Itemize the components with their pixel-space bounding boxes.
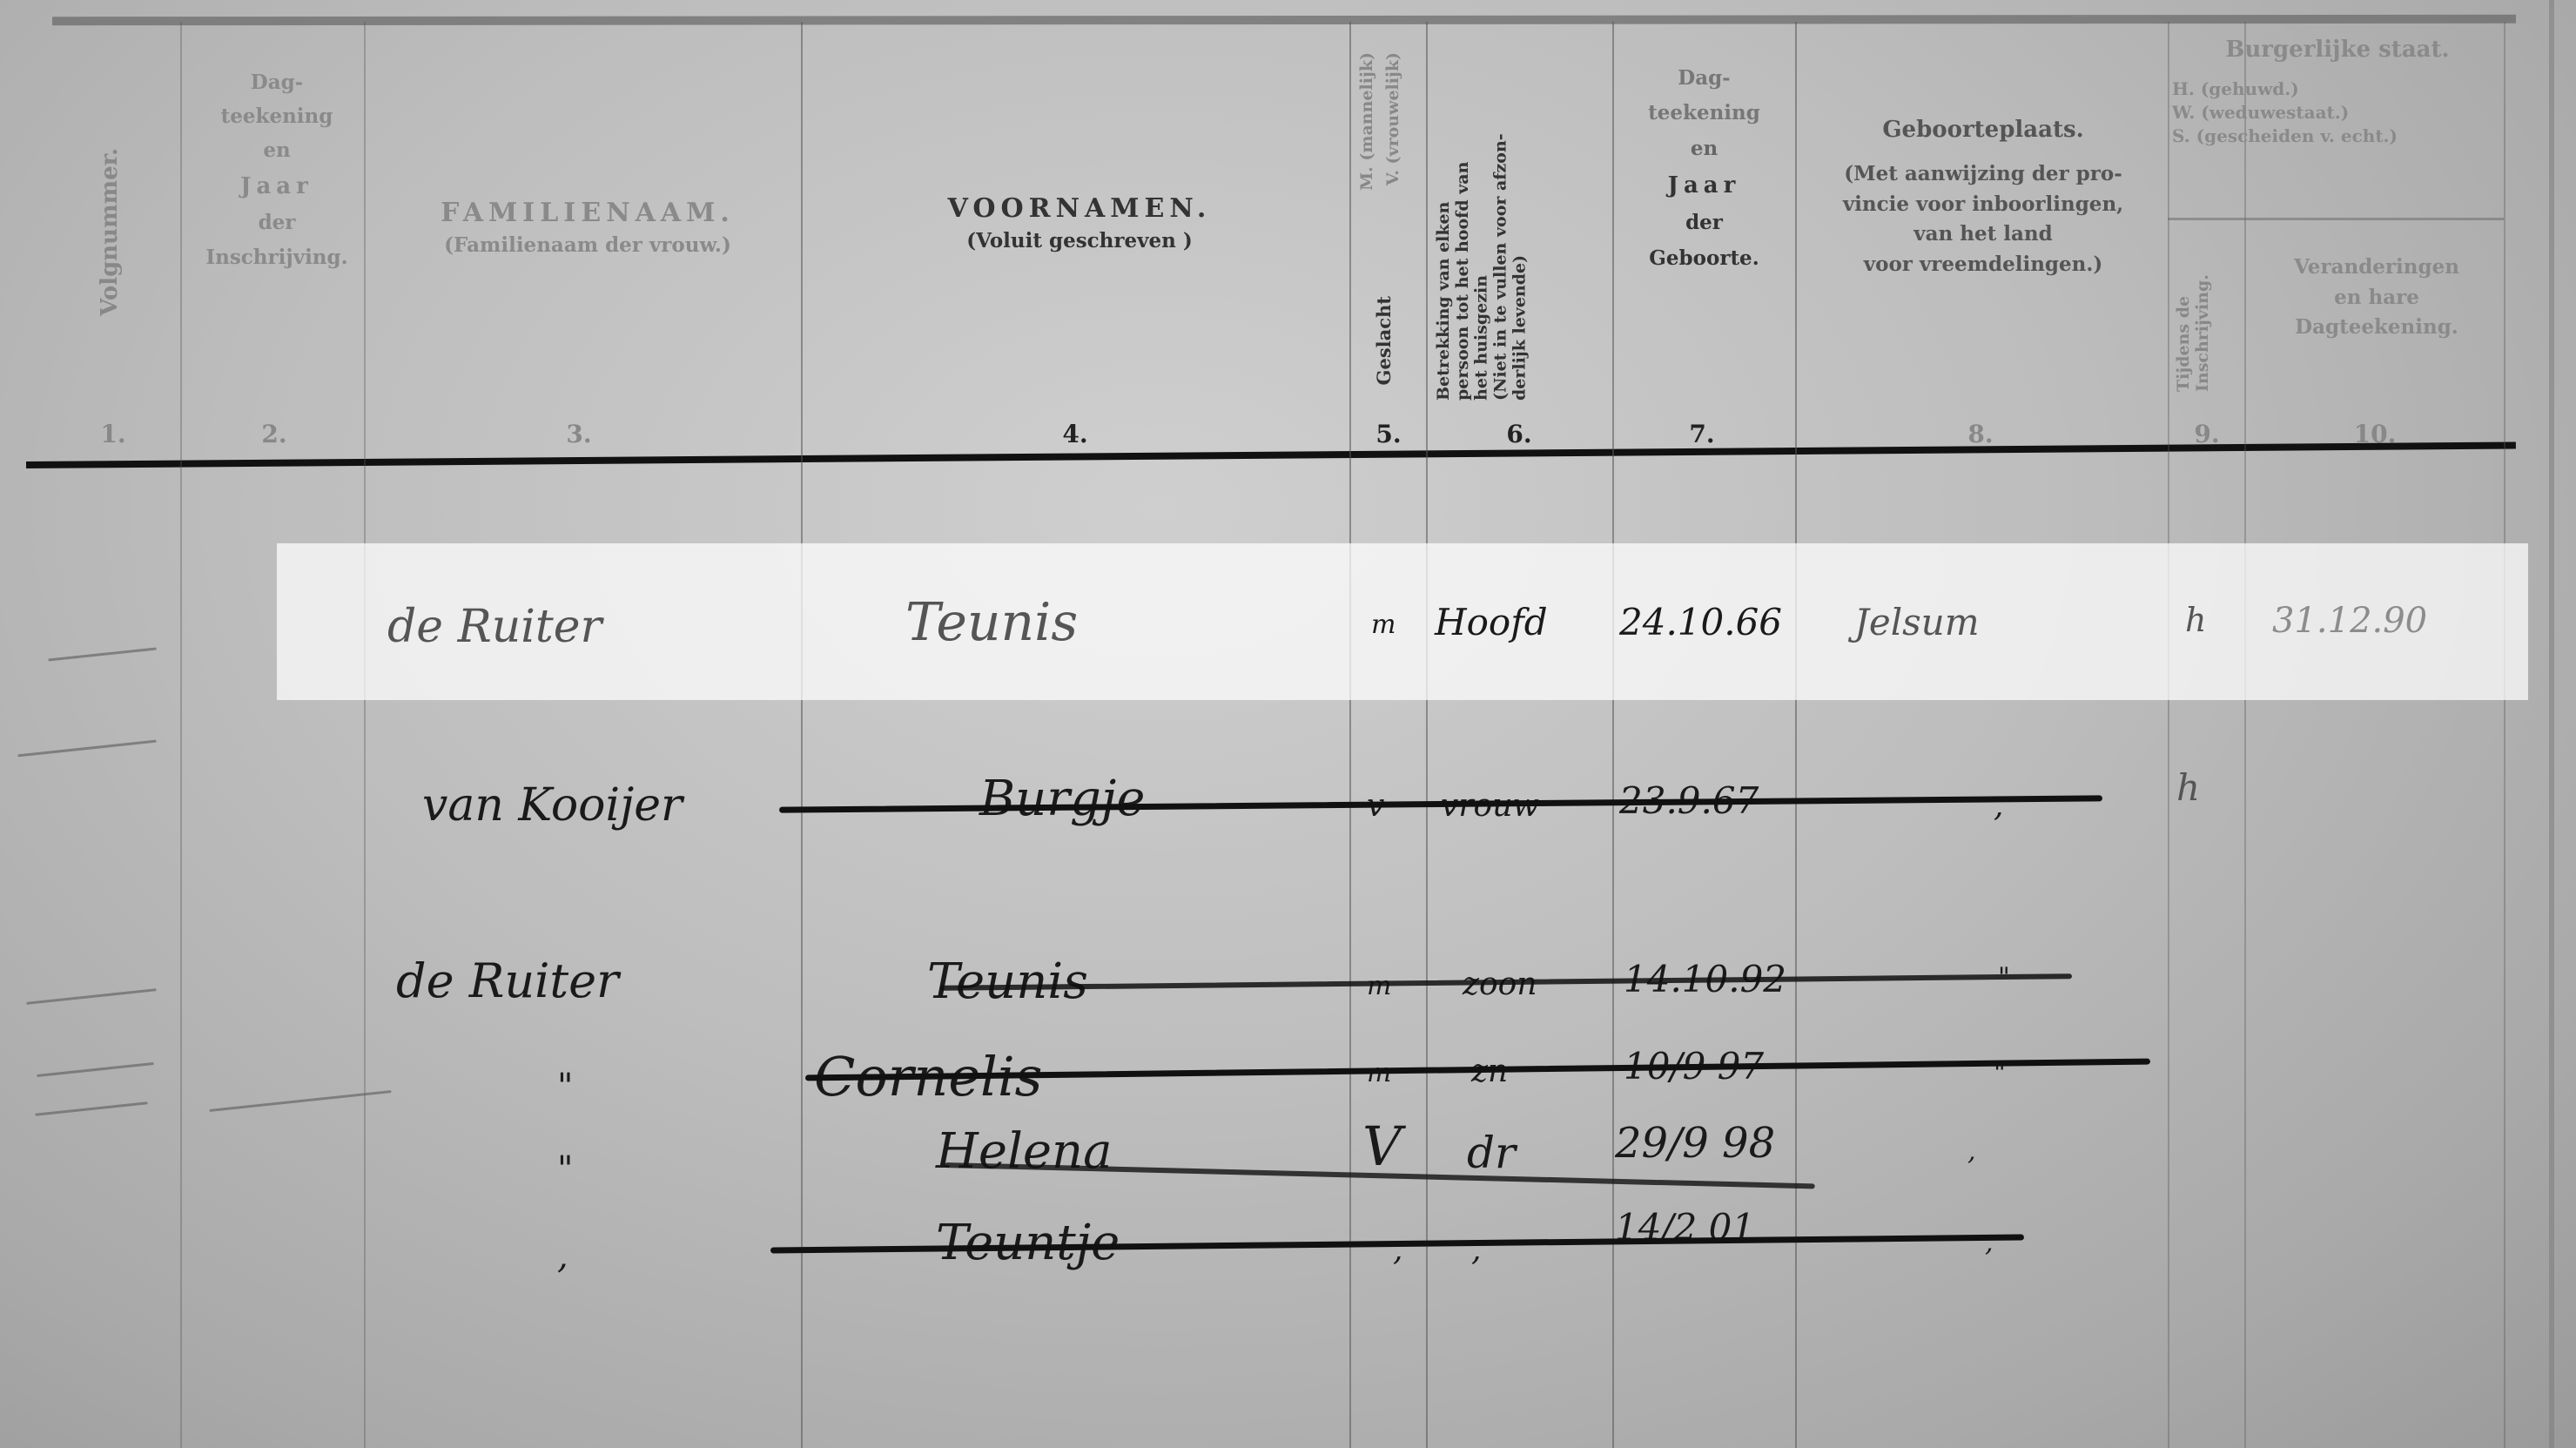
header-text: voor vreemdelingen.) <box>1800 250 2166 280</box>
header-col3-number: 3. <box>544 420 614 448</box>
cell-familienaam: , <box>557 1236 568 1276</box>
cell-staat: h <box>2176 766 2200 809</box>
cell-staat: h <box>2185 601 2206 639</box>
cell-geboorte: 24.10.66 <box>1619 601 1782 643</box>
margin-tick <box>17 740 156 758</box>
header-text: (Niet in te vullen voor afzon- <box>1491 133 1510 401</box>
header-col6: Betrekking van elken persoon tot het hoo… <box>1435 35 1530 401</box>
header-bottom-rule <box>26 442 2516 468</box>
column-divider <box>1612 22 1614 1448</box>
header-text: persoon tot het hoofd van <box>1453 162 1472 401</box>
cell-familienaam: van Kooijer <box>422 779 683 832</box>
burgerlijke-staat-subrule <box>2168 218 2504 220</box>
cell-veranderingen: 31.12.90 <box>2272 601 2427 641</box>
header-col7-number: 7. <box>1667 420 1737 448</box>
header-col1-label: Volgnummer. <box>98 148 124 316</box>
column-divider <box>1795 22 1797 1448</box>
header-col7: Dag- teekening en Jaar der Geboorte. <box>1615 61 1793 276</box>
register-page: Volgnummer. 1. Dag- teekening en Jaar de… <box>0 0 2576 1448</box>
cell-betrekking: , <box>1471 1232 1481 1268</box>
header-text: het huisgezin <box>1472 275 1491 401</box>
header-col6-number: 6. <box>1484 420 1554 448</box>
header-text: Jaar <box>190 167 364 205</box>
column-divider <box>2504 22 2505 1448</box>
cell-voornamen: Helena <box>936 1123 1112 1180</box>
cell-geslacht: V <box>1362 1115 1402 1178</box>
header-col4: VOORNAMEN. (Voluit geschreven ) <box>810 192 1349 254</box>
header-text: en hare <box>2250 283 2503 313</box>
header-col10-number: 10. <box>2340 420 2410 448</box>
header-title: Geboorteplaats. <box>1800 113 2166 147</box>
header-col10: Veranderingen en hare Dagteekening. <box>2250 253 2503 343</box>
cell-familienaam: " <box>557 1067 573 1107</box>
cell-geboorteplaats: , <box>1985 1228 1994 1258</box>
header-text: Dagteekening. <box>2250 313 2503 343</box>
cell-geboorteplaats: , <box>1967 1136 1976 1167</box>
header-text: derlijk levende) <box>1510 255 1529 401</box>
cell-voornamen: Burgje <box>979 771 1145 827</box>
header-text: teekening <box>1615 96 1793 131</box>
header-col5-v: V. (vrouwelijk) <box>1384 52 1403 185</box>
header-legend-item: S. (gescheiden v. echt.) <box>2172 125 2503 148</box>
header-col5-label: Geslacht <box>1374 296 1395 385</box>
header-text: Dag- <box>190 65 364 99</box>
header-col3: FAMILIENAAM. (Familienaam der vrouw.) <box>374 196 801 259</box>
column-divider <box>180 22 182 1448</box>
cell-familienaam: " <box>557 1149 573 1189</box>
column-divider <box>2168 22 2169 1448</box>
header-title: Burgerlijke staat. <box>2172 35 2503 65</box>
cell-geslacht: , <box>1393 1232 1402 1268</box>
header-text: van het land <box>1800 219 2166 250</box>
page-edge <box>2549 0 2554 1448</box>
cell-voornamen: Teunis <box>927 953 1088 1010</box>
header-text: Veranderingen <box>2250 253 2503 283</box>
column-divider <box>364 22 366 1448</box>
column-divider <box>1349 22 1351 1448</box>
margin-tick <box>37 1062 154 1077</box>
header-col9-number: 9. <box>2172 420 2242 448</box>
header-col8-number: 8. <box>1946 420 2015 448</box>
header-col9-label: Tijdens de Inschrijving. <box>2175 235 2236 392</box>
header-col1-number: 1. <box>78 420 148 448</box>
margin-tick <box>35 1101 148 1116</box>
margin-tick <box>48 647 157 661</box>
header-text: teekening <box>190 99 364 133</box>
cell-betrekking: dr <box>1467 1128 1516 1178</box>
cell-familienaam: de Ruiter <box>387 601 602 653</box>
header-col2-number: 2. <box>239 420 309 448</box>
header-text: vincie voor inboorlingen, <box>1800 190 2166 220</box>
header-col5-number: 5. <box>1354 420 1423 448</box>
cell-geslacht: m <box>1371 610 1396 640</box>
header-subtitle: (Familienaam der vrouw.) <box>374 232 801 259</box>
header-text: der <box>190 205 364 239</box>
header-col2: Dag- teekening en Jaar der Inschrijving. <box>190 65 364 274</box>
header-legend-item: H. (gehuwd.) <box>2172 77 2503 101</box>
header-title: FAMILIENAAM. <box>374 196 801 232</box>
column-divider <box>2244 22 2246 1448</box>
cell-betrekking: Hoofd <box>1435 601 1548 643</box>
header-text: Dag- <box>1615 61 1793 96</box>
cell-geboorteplaats: Jelsum <box>1854 601 1980 643</box>
cell-geboorte: 29/9 98 <box>1615 1119 1775 1168</box>
margin-tick <box>26 988 156 1005</box>
cell-familienaam: de Ruiter <box>396 953 619 1008</box>
header-col5-m: M. (mannelijk) <box>1358 52 1377 191</box>
header-text: Geboorte. <box>1615 241 1793 276</box>
header-text: Betrekking van elken <box>1434 202 1453 401</box>
header-col8: Geboorteplaats. (Met aanwijzing der pro-… <box>1800 113 2166 279</box>
cell-voornamen: Teunis <box>905 592 1078 653</box>
header-title: VOORNAMEN. <box>810 192 1349 227</box>
header-text: der <box>1615 205 1793 240</box>
header-text: Jaar <box>1615 166 1793 206</box>
column-divider <box>801 22 803 1448</box>
header-subtitle: (Voluit geschreven ) <box>810 227 1349 254</box>
cell-geboorteplaats: , <box>1994 788 2003 824</box>
header-text: Inschrijving. <box>190 240 364 274</box>
header-text: en <box>1615 131 1793 166</box>
top-border-rule <box>52 15 2516 25</box>
cell-voornamen: Teuntje <box>936 1215 1120 1271</box>
column-divider <box>1426 22 1428 1448</box>
header-text: (Met aanwijzing der pro- <box>1800 159 2166 190</box>
header-burgerlijke-staat: Burgerlijke staat. H. (gehuwd.) W. (wedu… <box>2172 35 2503 148</box>
header-col4-number: 4. <box>1040 420 1110 448</box>
header-text: en <box>190 133 364 167</box>
header-legend-item: W. (weduwestaat.) <box>2172 101 2503 125</box>
